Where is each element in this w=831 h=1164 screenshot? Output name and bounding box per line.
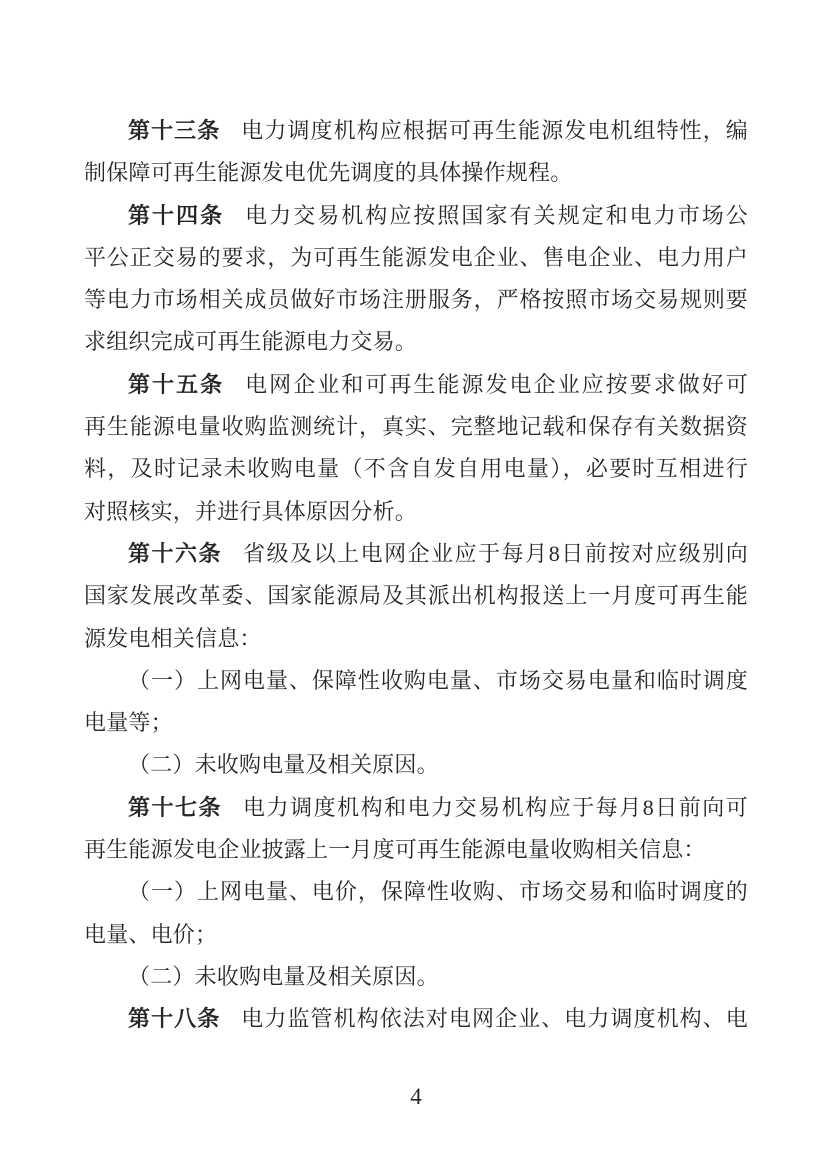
line-text: 电量等； (84, 710, 173, 735)
line-text: 电力调度机构和电力交易机构应于每月8日前向可 (243, 795, 748, 820)
line-text: （二）未收购电量及相关原因。 (128, 752, 439, 777)
paragraph-line: 第十六条省级及以上电网企业应于每月8日前按对应级别向 (84, 533, 748, 575)
paragraph-line: 第十三条电力调度机构应根据可再生能源发电机组特性，编 (84, 110, 748, 152)
paragraph-line: 等电力市场相关成员做好市场注册服务，严格按照市场交易规则要 (84, 279, 748, 321)
list-item-line: （一）上网电量、保障性收购电量、市场交易电量和临时调度 (84, 660, 748, 702)
paragraph-line: 源发电相关信息： (84, 618, 748, 660)
line-text: （一）上网电量、保障性收购电量、市场交易电量和临时调度 (128, 668, 748, 693)
list-item-line: （二）未收购电量及相关原因。 (84, 956, 748, 998)
article-number: 第十三条 (128, 118, 220, 143)
line-text: 对照核实，并进行具体原因分析。 (84, 499, 417, 524)
paragraph-line: 料，及时记录未收购电量（不含自发自用电量），必要时互相进行 (84, 448, 748, 490)
article-number: 第十六条 (128, 541, 222, 566)
line-text: 国家发展改革委、国家能源局及其派出机构报送上一月度可再生能 (84, 583, 748, 608)
page-number: 4 (410, 1084, 422, 1109)
paragraph-line: 再生能源电量收购监测统计，真实、完整地记载和保存有关数据资 (84, 406, 748, 448)
line-text: 制保障可再生能源发电优先调度的具体操作规程。 (84, 160, 572, 185)
list-item-line: （二）未收购电量及相关原因。 (84, 744, 748, 786)
line-text: 源发电相关信息： (84, 626, 262, 651)
line-text: 电网企业和可再生能源发电企业应按要求做好可 (245, 372, 748, 397)
paragraph-line: 对照核实，并进行具体原因分析。 (84, 491, 748, 533)
line-text: （二）未收购电量及相关原因。 (128, 964, 439, 989)
line-text: 料，及时记录未收购电量（不含自发自用电量），必要时互相进行 (84, 456, 748, 481)
article-number: 第十五条 (128, 372, 224, 397)
line-text: 电力交易机构应按照国家有关规定和电力市场公 (245, 203, 748, 228)
list-item-line: 电量等； (84, 702, 748, 744)
line-text: 等电力市场相关成员做好市场注册服务，严格按照市场交易规则要 (84, 287, 748, 312)
line-text: 再生能源电量收购监测统计，真实、完整地记载和保存有关数据资 (84, 414, 748, 439)
paragraph-line: 再生能源发电企业披露上一月度可再生能源电量收购相关信息： (84, 829, 748, 871)
line-text: 求组织完成可再生能源电力交易。 (84, 329, 417, 354)
document-body: 第十三条电力调度机构应根据可再生能源发电机组特性，编 制保障可再生能源发电优先调… (84, 110, 748, 1041)
paragraph-line: 国家发展改革委、国家能源局及其派出机构报送上一月度可再生能 (84, 575, 748, 617)
document-page: 第十三条电力调度机构应根据可再生能源发电机组特性，编 制保障可再生能源发电优先调… (0, 0, 831, 1164)
article-number: 第十七条 (128, 795, 222, 820)
list-item-line: 电量、电价； (84, 914, 748, 956)
paragraph-line: 第十五条电网企业和可再生能源发电企业应按要求做好可 (84, 364, 748, 406)
line-text: 电量、电价； (84, 922, 217, 947)
paragraph-line: 求组织完成可再生能源电力交易。 (84, 321, 748, 363)
line-text: 平公正交易的要求，为可再生能源发电企业、售电企业、电力用户 (84, 245, 748, 270)
paragraph-line: 第十四条电力交易机构应按照国家有关规定和电力市场公 (84, 195, 748, 237)
paragraph-line: 平公正交易的要求，为可再生能源发电企业、售电企业、电力用户 (84, 237, 748, 279)
page-footer: 4 (84, 1083, 748, 1111)
line-text: 省级及以上电网企业应于每月8日前按对应级别向 (243, 541, 748, 566)
paragraph-line: 第十七条电力调度机构和电力交易机构应于每月8日前向可 (84, 787, 748, 829)
article-number: 第十八条 (128, 1006, 220, 1031)
line-text: 再生能源发电企业披露上一月度可再生能源电量收购相关信息： (84, 837, 706, 862)
paragraph-line: 第十八条电力监管机构依法对电网企业、电力调度机构、电 (84, 998, 748, 1040)
line-text: （一）上网电量、电价，保障性收购、市场交易和临时调度的 (128, 879, 748, 904)
list-item-line: （一）上网电量、电价，保障性收购、市场交易和临时调度的 (84, 871, 748, 913)
paragraph-line: 制保障可再生能源发电优先调度的具体操作规程。 (84, 152, 748, 194)
line-text: 电力调度机构应根据可再生能源发电机组特性，编 (241, 118, 748, 143)
article-number: 第十四条 (128, 203, 224, 228)
line-text: 电力监管机构依法对电网企业、电力调度机构、电 (241, 1006, 748, 1031)
